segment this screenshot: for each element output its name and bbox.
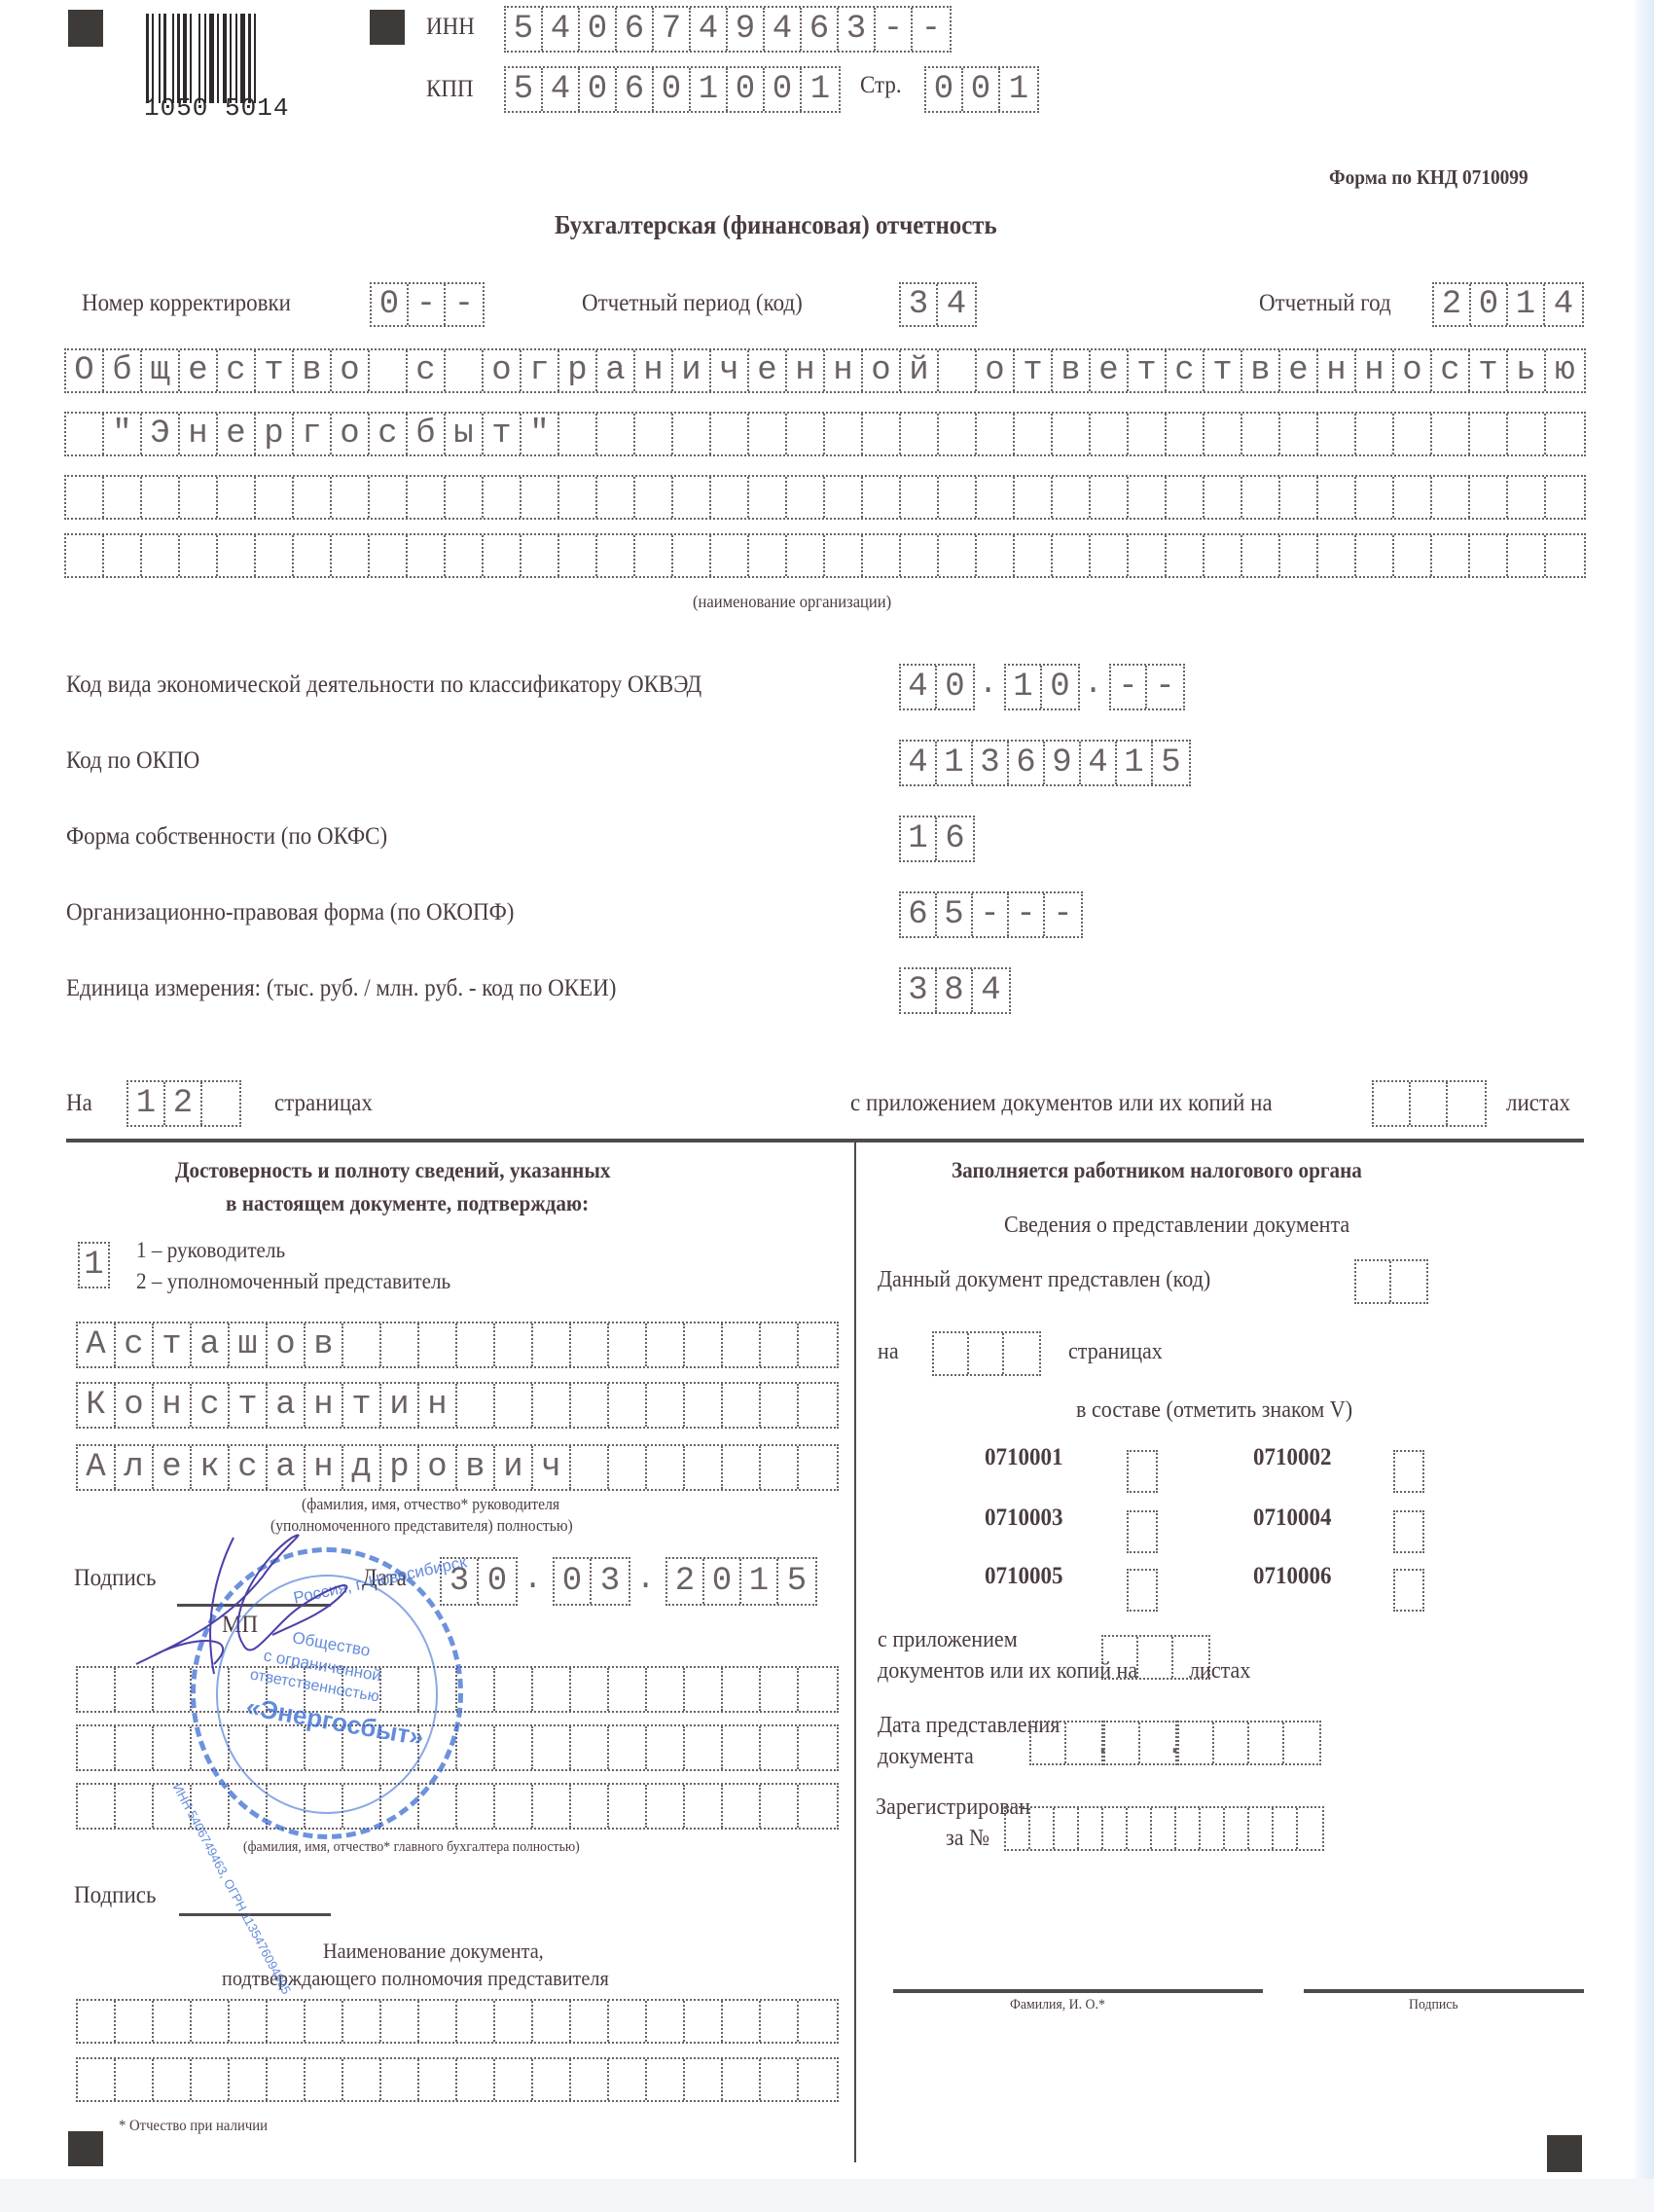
cell: 4: [765, 8, 802, 51]
cell: -: [973, 893, 1009, 936]
cell: -: [1147, 666, 1183, 708]
cell: [116, 2059, 154, 2100]
cell: г: [521, 350, 559, 391]
cell: 7: [654, 8, 691, 51]
date-dot: .: [523, 1561, 542, 1597]
cell: [1129, 535, 1167, 576]
cell: с: [370, 414, 408, 454]
cell: [723, 2059, 761, 2100]
registration-marker-bottom-right: [1547, 2135, 1582, 2172]
form-checkbox[interactable]: [1127, 1510, 1158, 1553]
cell: [597, 414, 635, 454]
cell: [939, 414, 977, 454]
cell: [609, 1785, 647, 1828]
cell: [1015, 477, 1053, 518]
code-field[interactable]: 40: [899, 664, 975, 710]
cell: [799, 1668, 837, 1711]
cell: и: [673, 350, 711, 391]
cell: [230, 2059, 268, 2100]
cell: [939, 535, 977, 576]
cell: 0: [963, 68, 1000, 111]
cell: [749, 414, 787, 454]
org-name-row-2[interactable]: "Энергосбыт": [64, 412, 1586, 456]
signer-type-field[interactable]: 1: [78, 1242, 110, 1288]
cell: н: [180, 414, 218, 454]
form-code-label: 0710006: [1253, 1563, 1332, 1590]
cell: [66, 414, 104, 454]
cell: [685, 1324, 723, 1366]
cell: 2: [667, 1559, 704, 1604]
cell: [647, 1668, 685, 1711]
cell: ы: [446, 414, 484, 454]
cell: [1201, 1808, 1225, 1849]
cell: [78, 2001, 116, 2042]
cell: 5: [1153, 742, 1189, 784]
cell: [495, 1785, 533, 1828]
org-name-row-4[interactable]: [64, 533, 1586, 578]
cell: [1318, 477, 1356, 518]
cell: [939, 477, 977, 518]
form-checkbox[interactable]: [1393, 1510, 1424, 1553]
cell: н: [306, 1384, 343, 1427]
cell: с: [230, 1446, 268, 1489]
cell: с: [218, 350, 256, 391]
cell: А: [78, 1446, 116, 1489]
cell: [381, 2059, 419, 2100]
cell: 0: [728, 68, 765, 111]
cell: [78, 1668, 116, 1711]
cell: 4: [543, 8, 580, 51]
submission-date-line2: документа: [878, 1744, 974, 1770]
cell: [761, 1726, 799, 1769]
form-code-label: 0710003: [985, 1505, 1063, 1532]
cell: [78, 1726, 116, 1769]
cell: 0: [704, 1559, 741, 1604]
cell: [799, 2001, 837, 2042]
cell: о: [332, 414, 370, 454]
cell: р: [381, 1446, 419, 1489]
cell: [370, 535, 408, 576]
cell: [685, 1384, 723, 1427]
cell: [1103, 1808, 1128, 1849]
cell: -: [913, 8, 950, 51]
cell: [1103, 1637, 1138, 1678]
inn-label: ИНН: [426, 14, 475, 41]
cell: [1015, 535, 1053, 576]
tax-pages-field[interactable]: [932, 1331, 1041, 1376]
cell: [180, 477, 218, 518]
cell: [218, 477, 256, 518]
cell: 0: [372, 284, 409, 325]
cell: с: [192, 1384, 230, 1427]
cell: 1: [1117, 742, 1153, 784]
cell: [1395, 1571, 1422, 1610]
cell: а: [192, 1324, 230, 1366]
code-field[interactable]: --: [1109, 664, 1185, 710]
cell: [749, 535, 787, 576]
cell: т: [1129, 350, 1167, 391]
patronymic-field[interactable]: Александрович: [76, 1444, 839, 1491]
kpp-field[interactable]: 540601001: [504, 66, 841, 113]
code-label: Форма собственности (по ОКФС): [66, 823, 387, 851]
cell: т: [256, 350, 294, 391]
cell: [723, 1668, 761, 1711]
cell: [1395, 1512, 1422, 1551]
submitted-code-label: Данный документ представлен (код): [878, 1267, 1210, 1293]
cell: [1356, 535, 1394, 576]
cell: [1249, 1808, 1274, 1849]
cell: [1167, 477, 1205, 518]
correction-number-field[interactable]: 0--: [370, 282, 485, 327]
footnote: * Отчество при наличии: [119, 2118, 268, 2135]
cell: [419, 1324, 457, 1366]
cell: [761, 2059, 799, 2100]
cell: [723, 1384, 761, 1427]
cell: 1: [741, 1559, 778, 1604]
tax-attach-line2: документов или их копий на: [878, 1658, 1137, 1685]
cell: с: [1167, 350, 1205, 391]
cell: [78, 1785, 116, 1828]
cell: 0: [926, 68, 963, 111]
cell: [559, 477, 597, 518]
cell: [863, 535, 901, 576]
cell: [559, 414, 597, 454]
cell: [609, 1668, 647, 1711]
registration-marker-top-left: [68, 10, 103, 47]
tax-office-subtitle: Сведения о представлении документа: [1004, 1213, 1349, 1239]
cell: [192, 2001, 230, 2042]
cell: 3: [901, 969, 937, 1012]
page-label: Стр.: [860, 72, 902, 99]
tax-pages-suffix: страницах: [1068, 1339, 1163, 1365]
cell: [1091, 535, 1129, 576]
cell: [533, 2059, 571, 2100]
cell: [597, 535, 635, 576]
code-label: Организационно-правовая форма (по ОКОПФ): [66, 899, 514, 926]
cell: [1432, 477, 1470, 518]
attachments-count-field[interactable]: [1372, 1080, 1487, 1127]
cell: в: [1242, 350, 1280, 391]
cell: [192, 2059, 230, 2100]
cell: в: [1053, 350, 1091, 391]
code-field[interactable]: 65---: [899, 891, 1083, 938]
cell: [408, 535, 446, 576]
cell: [116, 2001, 154, 2042]
cell: о: [116, 1384, 154, 1427]
cell: н: [154, 1384, 192, 1427]
cell: [419, 2059, 457, 2100]
cell: [1167, 535, 1205, 576]
cell: [1546, 535, 1584, 576]
cell: 3: [592, 1559, 629, 1604]
year-field[interactable]: 2014: [1432, 282, 1584, 327]
cell: 0: [937, 666, 973, 708]
cell: [1129, 1571, 1156, 1610]
code-field[interactable]: 16: [899, 816, 975, 862]
cell: [799, 1785, 837, 1828]
cell: [799, 2059, 837, 2100]
cell: А: [78, 1324, 116, 1366]
cell: [673, 535, 711, 576]
cell: [571, 2059, 609, 2100]
cell: [78, 2059, 116, 2100]
cell: -: [876, 8, 913, 51]
cell: [202, 1082, 239, 1125]
cell: е: [1280, 350, 1318, 391]
cell: [571, 2001, 609, 2042]
cell: щ: [142, 350, 180, 391]
cell: 0: [765, 68, 802, 111]
cell: [1225, 1808, 1249, 1849]
date-part[interactable]: 03: [553, 1557, 630, 1606]
signer-type-value: 1: [80, 1244, 108, 1287]
cell: [673, 477, 711, 518]
cell: [901, 414, 939, 454]
cell: 1: [1006, 666, 1042, 708]
cell: [533, 2001, 571, 2042]
cell: [1129, 477, 1167, 518]
cell: 0: [479, 1559, 516, 1604]
cell: [761, 1785, 799, 1828]
cell: с: [408, 350, 446, 391]
registration-marker-bottom-left: [68, 2131, 103, 2166]
tax-attach-suffix: листах: [1189, 1658, 1250, 1685]
cell: 0: [1471, 284, 1508, 325]
cell: [66, 535, 104, 576]
cell: [1242, 477, 1280, 518]
period-label: Отчетный период (код): [582, 290, 803, 317]
cell: т: [1205, 350, 1242, 391]
cell: [647, 1324, 685, 1366]
code-separator: .: [979, 666, 997, 702]
cell: [256, 535, 294, 576]
accountant-caption: (фамилия, имя, отчество* главного бухгал…: [243, 1839, 580, 1856]
cell: 4: [973, 969, 1009, 1012]
authority-doc-row-2[interactable]: [76, 2057, 839, 2102]
cell: в: [294, 350, 332, 391]
cell: е: [180, 350, 218, 391]
cell: [495, 2059, 533, 2100]
cell: н: [635, 350, 673, 391]
cell: т: [1470, 350, 1508, 391]
cell: [1356, 1261, 1391, 1302]
cell: 0: [555, 1559, 592, 1604]
form-code-label: 0710005: [985, 1563, 1063, 1590]
form-checkbox[interactable]: [1393, 1450, 1424, 1493]
cell: [1053, 535, 1091, 576]
cell: [343, 2001, 381, 2042]
attachments-suffix: листах: [1506, 1090, 1570, 1117]
authority-doc-row-1[interactable]: [76, 1999, 839, 2044]
cell: -: [1111, 666, 1147, 708]
cell: [533, 1384, 571, 1427]
cell: О: [66, 350, 104, 391]
cell: [901, 535, 939, 576]
cell: 4: [901, 666, 937, 708]
cell: [230, 2001, 268, 2042]
cell: [571, 1726, 609, 1769]
cell: 0: [580, 68, 617, 111]
cell: 6: [901, 893, 937, 936]
cell: [799, 1446, 837, 1489]
cell: [647, 1726, 685, 1769]
cell: [685, 2001, 723, 2042]
cell: [1105, 1722, 1140, 1763]
cell: [1053, 477, 1091, 518]
cell: е: [1091, 350, 1129, 391]
cell: о: [1394, 350, 1432, 391]
code-field[interactable]: 41369415: [899, 740, 1191, 786]
cell: [495, 1726, 533, 1769]
registration-marker-top-middle: [370, 10, 405, 45]
cell: [1129, 414, 1167, 454]
cell: [154, 1726, 192, 1769]
cell: ч: [533, 1446, 571, 1489]
surname-field[interactable]: Асташов: [76, 1322, 839, 1368]
cell: 3: [901, 284, 938, 325]
date-part[interactable]: 2015: [665, 1557, 817, 1606]
signature2-label: Подпись: [74, 1882, 156, 1909]
form-checkbox[interactable]: [1127, 1450, 1158, 1493]
cell: [381, 2001, 419, 2042]
cell: [787, 535, 825, 576]
cell: [457, 1324, 495, 1366]
cell: [1356, 477, 1394, 518]
cell: и: [495, 1446, 533, 1489]
signer-option-1: 1 – руководитель: [136, 1238, 285, 1263]
cell: Э: [142, 414, 180, 454]
cell: [1356, 414, 1394, 454]
cell: [1318, 535, 1356, 576]
pages-count-field[interactable]: 12: [126, 1080, 241, 1127]
cell: [647, 1785, 685, 1828]
cell: [799, 1324, 837, 1366]
cell: [1031, 1722, 1066, 1763]
cell: [609, 2001, 647, 2042]
code-field[interactable]: 10: [1004, 664, 1080, 710]
code-label: Код вида экономической деятельности по к…: [66, 671, 701, 699]
cell: [1508, 535, 1546, 576]
cell: н: [1318, 350, 1356, 391]
org-name-row-3[interactable]: [64, 475, 1586, 520]
org-name-row-1[interactable]: Обществосограниченнойответственностью: [64, 348, 1586, 393]
cell: К: [78, 1384, 116, 1427]
page-title: Бухгалтерская (финансовая) отчетность: [555, 210, 997, 240]
cell: [1508, 477, 1546, 518]
cell: 4: [1081, 742, 1117, 784]
form-checkbox[interactable]: [1127, 1569, 1158, 1612]
cell: [533, 1668, 571, 1711]
cell: н: [1356, 350, 1394, 391]
cell: [381, 1324, 419, 1366]
cell: [571, 1384, 609, 1427]
cell: [1470, 535, 1508, 576]
cell: [1138, 1637, 1173, 1678]
cell: [901, 477, 939, 518]
cell: [1432, 535, 1470, 576]
cell: т: [484, 414, 521, 454]
cell: -: [1009, 893, 1045, 936]
cell: [761, 2001, 799, 2042]
tax-signature-caption: Подпись: [1409, 1997, 1458, 2013]
cell: [685, 1446, 723, 1489]
cell: [934, 1333, 969, 1374]
cell: [1167, 414, 1205, 454]
period-code-field[interactable]: 34: [899, 282, 977, 327]
cell: [609, 1726, 647, 1769]
submitted-code-field[interactable]: [1354, 1259, 1428, 1304]
kpp-label: КПП: [426, 76, 474, 103]
submission-year-field[interactable]: [1177, 1721, 1321, 1765]
cell: [647, 2059, 685, 2100]
cell: [711, 535, 749, 576]
cell: [1179, 1722, 1214, 1763]
cell: 1: [802, 68, 839, 111]
cell: [685, 2059, 723, 2100]
cell: 6: [617, 8, 654, 51]
cell: [1006, 1808, 1030, 1849]
cell: [647, 1446, 685, 1489]
cell: [142, 535, 180, 576]
cell: [1280, 414, 1318, 454]
cell: [180, 535, 218, 576]
cell: в: [306, 1324, 343, 1366]
code-label: Единица измерения: (тыс. руб. / млн. руб…: [66, 975, 616, 1002]
cell: д: [343, 1446, 381, 1489]
inn-field[interactable]: 5406749463--: [504, 6, 952, 53]
cell: [1055, 1808, 1079, 1849]
cell: [533, 1785, 571, 1828]
cell: [761, 1668, 799, 1711]
tax-signature-line[interactable]: [1304, 1989, 1584, 1993]
registration-number-field[interactable]: [1004, 1806, 1324, 1851]
page-number-field[interactable]: 001: [924, 66, 1039, 113]
cell: б: [408, 414, 446, 454]
registered-line2: за №: [946, 1826, 989, 1852]
cell: 1: [691, 68, 728, 111]
code-field[interactable]: 384: [899, 967, 1011, 1014]
first-name-field[interactable]: Константин: [76, 1382, 839, 1429]
fio-line[interactable]: [893, 1989, 1263, 1993]
form-checkbox[interactable]: [1393, 1569, 1424, 1612]
form-code-label: 0710001: [985, 1444, 1063, 1471]
cell: ": [521, 414, 559, 454]
year-label: Отчетный год: [1259, 290, 1391, 317]
cell: [787, 477, 825, 518]
cell: [306, 2059, 343, 2100]
cell: [977, 414, 1015, 454]
cell: 2: [165, 1082, 202, 1125]
cell: [1128, 1808, 1152, 1849]
code-label: Код по ОКПО: [66, 747, 199, 775]
cell: [977, 535, 1015, 576]
cell: [711, 414, 749, 454]
cell: [1004, 1333, 1039, 1374]
cell: [723, 1726, 761, 1769]
cell: [635, 414, 673, 454]
cell: с: [1432, 350, 1470, 391]
submission-day-field[interactable]: [1029, 1721, 1103, 1765]
cell: [495, 1384, 533, 1427]
cell: [1242, 535, 1280, 576]
section-divider: [66, 1139, 1584, 1142]
cell: и: [381, 1384, 419, 1427]
cell: [969, 1333, 1004, 1374]
cell: [685, 1785, 723, 1828]
confirmation-title-line1: Достоверность и полноту сведений, указан…: [175, 1158, 610, 1183]
cell: 2: [1434, 284, 1471, 325]
cell: [1546, 414, 1584, 454]
